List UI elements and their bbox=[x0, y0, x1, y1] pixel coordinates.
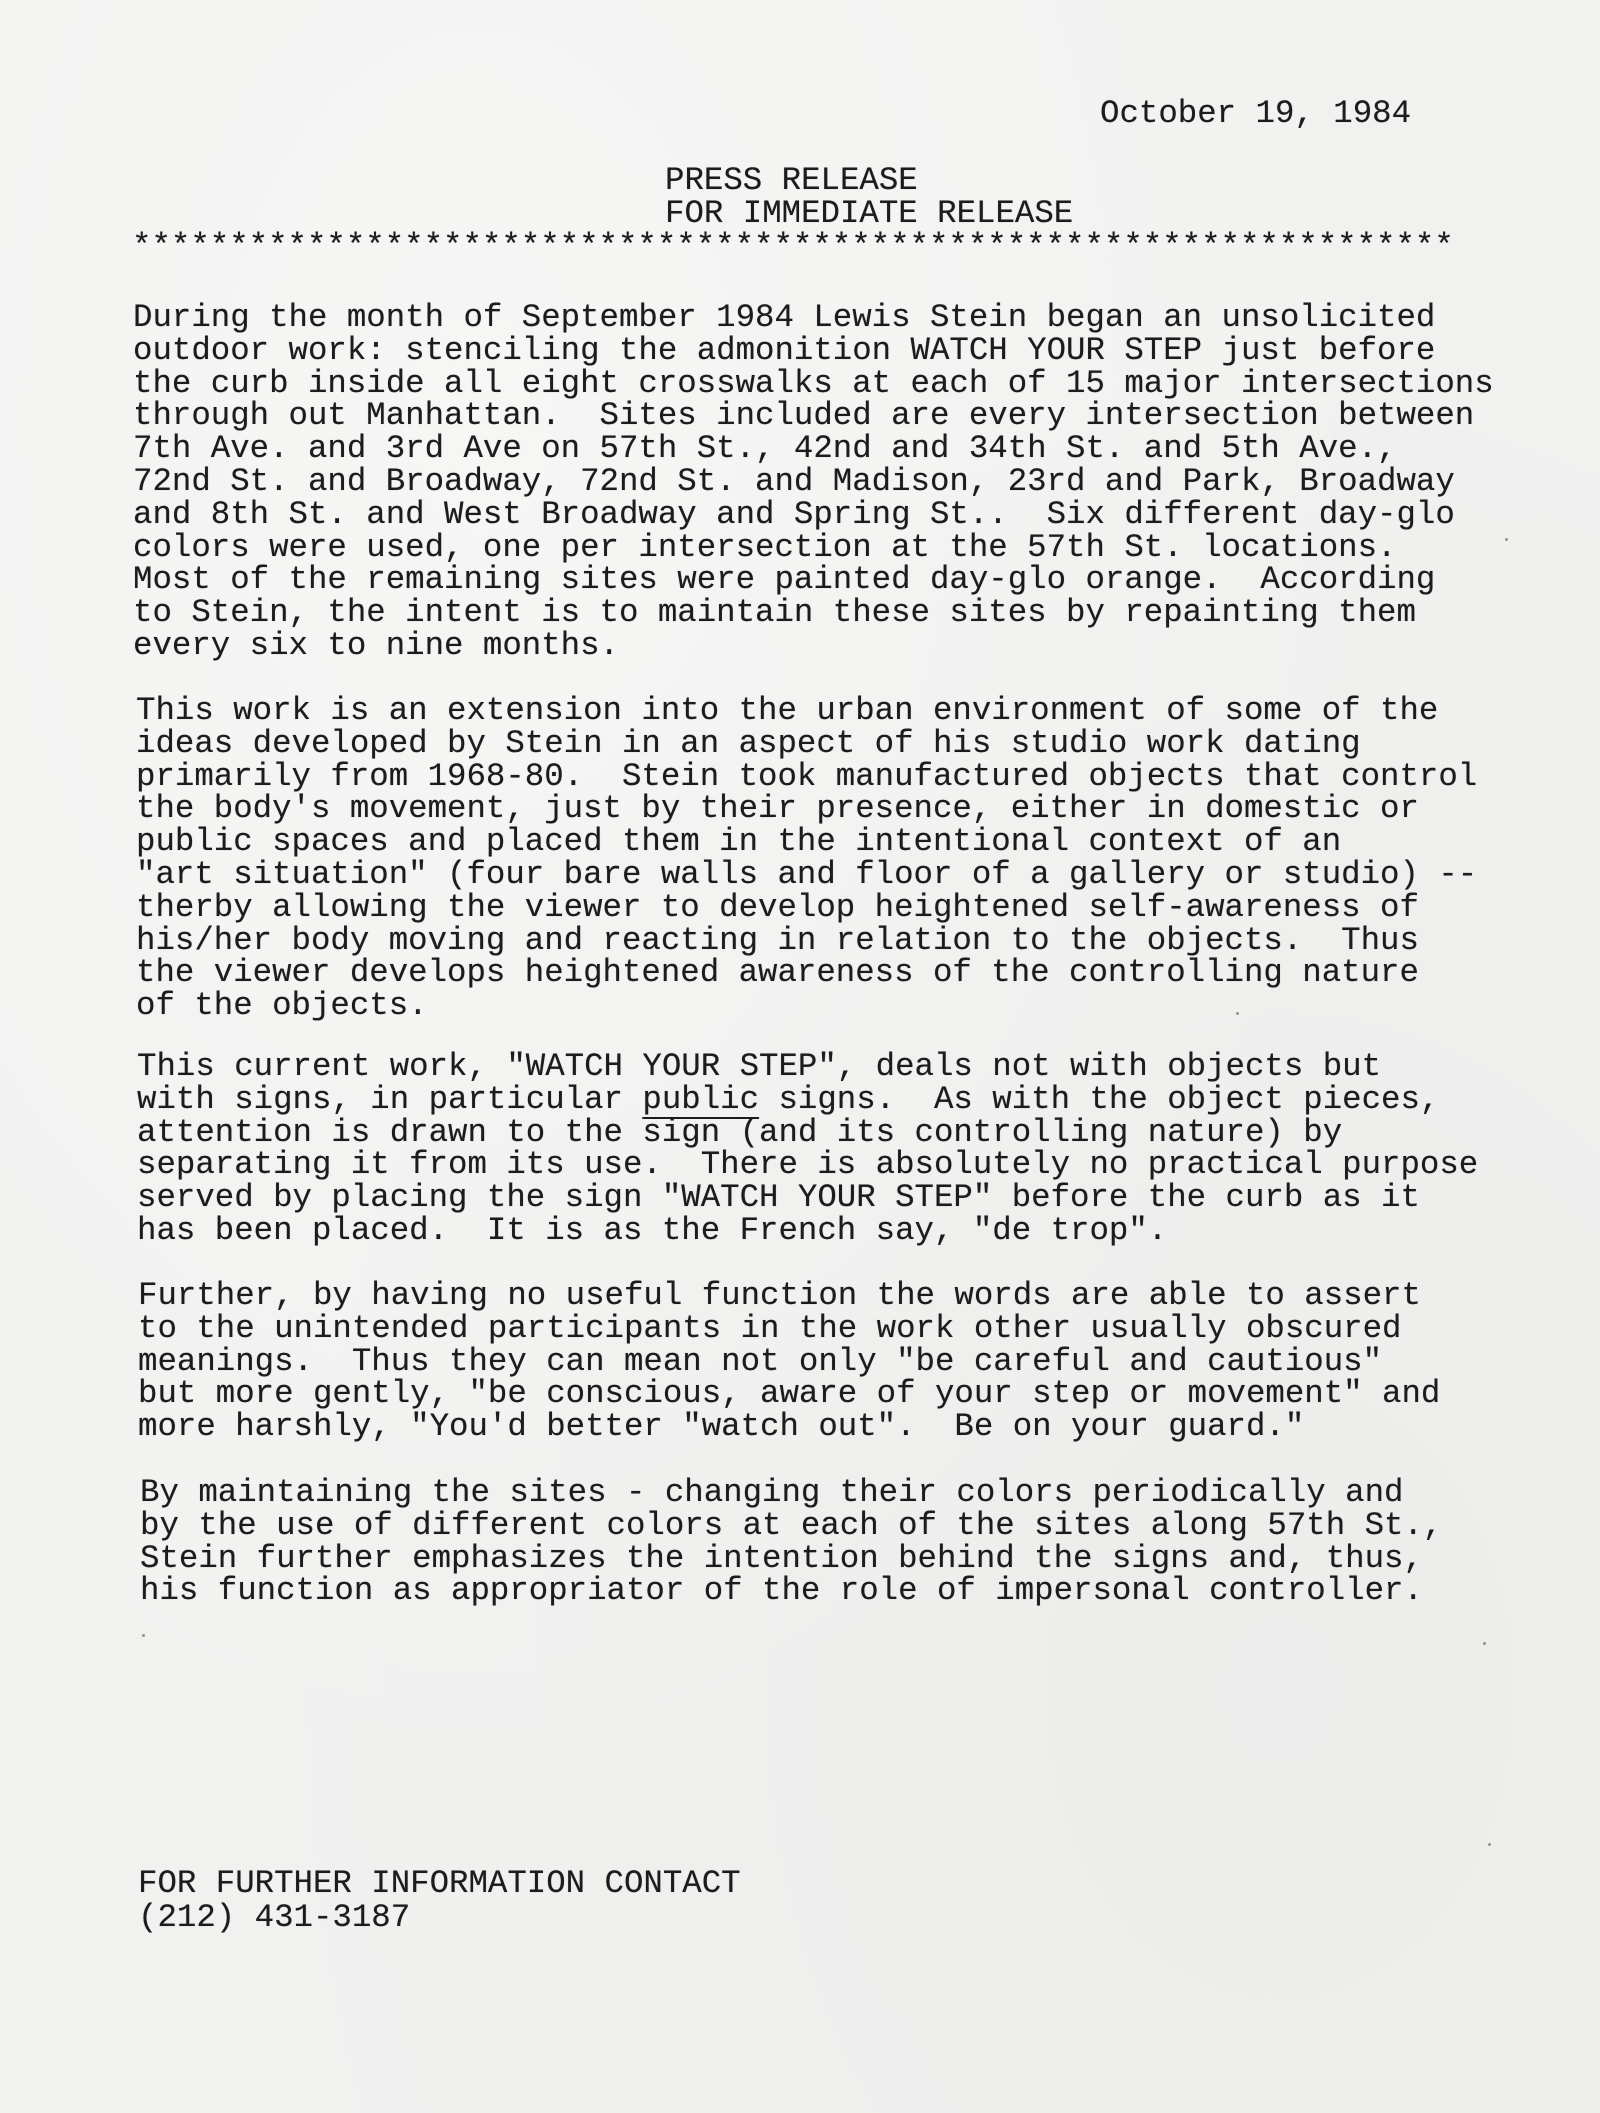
text-line: Further, by having no useful function th… bbox=[138, 1280, 1440, 1313]
paper-speck bbox=[1236, 1012, 1239, 1015]
text-line: 7th Ave. and 3rd Ave on 57th St., 42nd a… bbox=[133, 433, 1494, 466]
asterisk-separator: ****************************************… bbox=[132, 231, 1454, 264]
text-line: During the month of September 1984 Lewis… bbox=[133, 302, 1494, 335]
text-line: of the objects. bbox=[136, 990, 1477, 1023]
text-line: the viewer develops heightened awareness… bbox=[136, 957, 1477, 990]
text-line: his/her body moving and reacting in rela… bbox=[136, 925, 1477, 958]
paper-speck bbox=[1488, 1843, 1491, 1846]
text-line: public spaces and placed them in the int… bbox=[136, 826, 1477, 859]
text-line: colors were used, one per intersection a… bbox=[133, 532, 1494, 565]
text-line: meanings. Thus they can mean not only "b… bbox=[138, 1346, 1440, 1379]
paper-speck bbox=[1483, 1642, 1486, 1645]
text-line: attention is drawn to the sign (and its … bbox=[137, 1117, 1478, 1150]
text-line: This work is an extension into the urban… bbox=[136, 695, 1477, 728]
text-line: Stein further emphasizes the intention b… bbox=[140, 1543, 1442, 1576]
contact-label: FOR FURTHER INFORMATION CONTACT bbox=[138, 1868, 741, 1901]
text-line: his function as appropriator of the role… bbox=[140, 1575, 1442, 1608]
paper-speck bbox=[1505, 538, 1508, 541]
text-line: and 8th St. and West Broadway and Spring… bbox=[133, 499, 1494, 532]
paragraph-1: During the month of September 1984 Lewis… bbox=[133, 302, 1494, 663]
text-line: primarily from 1968-80. Stein took manuf… bbox=[136, 761, 1477, 794]
text-line: but more gently, "be conscious, aware of… bbox=[138, 1378, 1440, 1411]
text-line: by the use of different colors at each o… bbox=[140, 1510, 1442, 1543]
text-line: to Stein, the intent is to maintain thes… bbox=[133, 597, 1494, 630]
text-line: ideas developed by Stein in an aspect of… bbox=[136, 728, 1477, 761]
text-line: has been placed. It is as the French say… bbox=[137, 1215, 1478, 1248]
text-line: every six to nine months. bbox=[133, 630, 1494, 663]
paper-page: October 19, 1984 PRESS RELEASE FOR IMMED… bbox=[0, 0, 1600, 2113]
paragraph-4: Further, by having no useful function th… bbox=[138, 1280, 1440, 1444]
immediate-release-heading: FOR IMMEDIATE RELEASE bbox=[665, 198, 1073, 231]
underlined-word: public bbox=[642, 1081, 759, 1118]
text-line: Most of the remaining sites were painted… bbox=[133, 564, 1494, 597]
paragraph-3: This current work, "WATCH YOUR STEP", de… bbox=[137, 1051, 1478, 1248]
paper-speck bbox=[142, 1634, 145, 1637]
text-line: to the unintended participants in the wo… bbox=[138, 1313, 1440, 1346]
text-line: the body's movement, just by their prese… bbox=[136, 793, 1477, 826]
text-line: This current work, "WATCH YOUR STEP", de… bbox=[137, 1051, 1478, 1084]
paragraph-2: This work is an extension into the urban… bbox=[136, 695, 1477, 1023]
text-line: served by placing the sign "WATCH YOUR S… bbox=[137, 1182, 1478, 1215]
text-line: By maintaining the sites - changing thei… bbox=[140, 1477, 1442, 1510]
text-line: through out Manhattan. Sites included ar… bbox=[133, 400, 1494, 433]
text-line: separating it from its use. There is abs… bbox=[137, 1149, 1478, 1182]
contact-phone: (212) 431-3187 bbox=[138, 1902, 410, 1935]
text-line: more harshly, "You'd better "watch out".… bbox=[138, 1411, 1440, 1444]
text-line: outdoor work: stenciling the admonition … bbox=[133, 335, 1494, 368]
press-release-heading: PRESS RELEASE bbox=[665, 165, 918, 198]
text-line: the curb inside all eight crosswalks at … bbox=[133, 368, 1494, 401]
text-line: with signs, in particular public signs. … bbox=[137, 1084, 1478, 1117]
paragraph-5: By maintaining the sites - changing thei… bbox=[140, 1477, 1442, 1608]
text-line: "art situation" (four bare walls and flo… bbox=[136, 859, 1477, 892]
text-line: 72nd St. and Broadway, 72nd St. and Madi… bbox=[133, 466, 1494, 499]
document-date: October 19, 1984 bbox=[1100, 98, 1411, 131]
text-line: therby allowing the viewer to develop he… bbox=[136, 892, 1477, 925]
